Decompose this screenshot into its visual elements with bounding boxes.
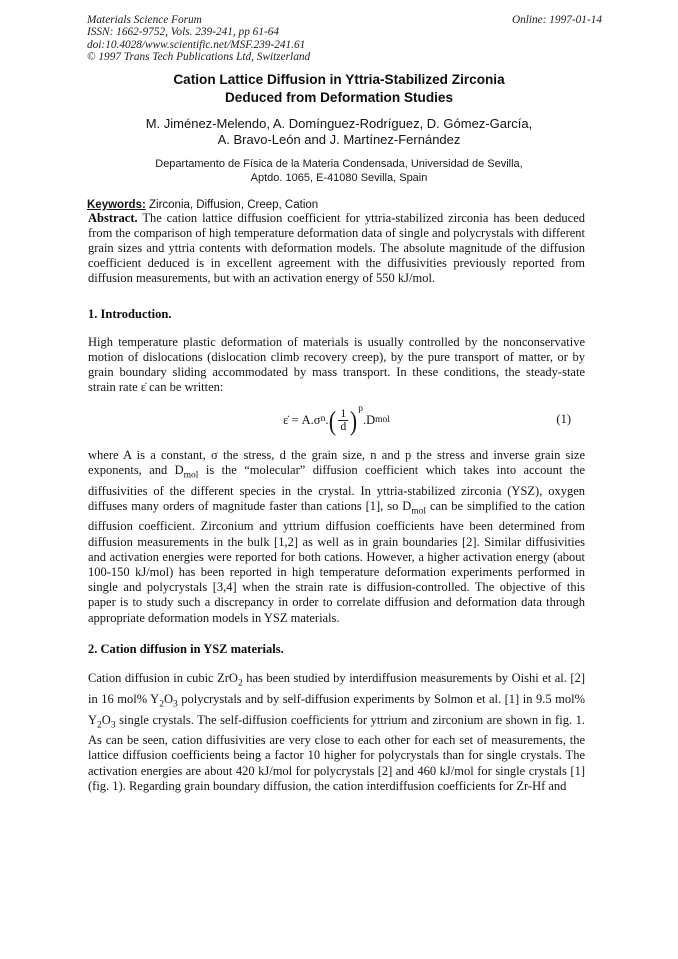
equation-exponent-n: n bbox=[321, 412, 326, 427]
equation-lhs: ε̇ = A.σ bbox=[283, 413, 320, 428]
abstract-text: The cation lattice diffusion coefficient… bbox=[88, 211, 585, 286]
paper-title: Cation Lattice Diffusion in Yttria-Stabi… bbox=[0, 71, 678, 107]
paper-page: Materials Science Forum ISSN: 1662-9752,… bbox=[0, 0, 678, 959]
online-date: Online: 1997-01-14 bbox=[512, 14, 602, 26]
equation-1: ε̇ = A.σn.(1d)p.Dmol (1) bbox=[88, 403, 585, 439]
body-column: Abstract. The cation lattice diffusion c… bbox=[88, 211, 585, 794]
equation-number: (1) bbox=[556, 412, 571, 427]
affiliation: Departamento de Física de la Materia Con… bbox=[0, 157, 678, 186]
abstract-paragraph: Abstract. The cation lattice diffusion c… bbox=[88, 211, 585, 287]
keywords-text: Zirconia, Diffusion, Creep, Cation bbox=[149, 199, 318, 211]
issn-line: ISSN: 1662-9752, Vols. 239-241, pp 61-64 bbox=[87, 26, 310, 38]
close-paren: ) bbox=[350, 407, 357, 435]
intro-paragraph-1: High temperature plastic deformation of … bbox=[88, 335, 585, 396]
page-header: Materials Science Forum ISSN: 1662-9752,… bbox=[87, 14, 602, 64]
intro-paragraph-2: where A is a constant, σ the stress, d t… bbox=[88, 448, 585, 626]
abstract-label: Abstract. bbox=[88, 211, 138, 225]
equation-fraction: 1d bbox=[338, 408, 348, 433]
fraction-numerator: 1 bbox=[340, 408, 346, 420]
affiliation-line1: Departamento de Física de la Materia Con… bbox=[0, 157, 678, 172]
open-paren: ( bbox=[329, 407, 336, 435]
equation-d-subscript: mol bbox=[375, 413, 390, 428]
journal-info: Materials Science Forum ISSN: 1662-9752,… bbox=[87, 14, 310, 64]
authors-line1: M. Jiménez-Melendo, A. Domínguez-Rodrígu… bbox=[0, 116, 678, 133]
cation-paragraph-1: Cation diffusion in cubic ZrO2 has been … bbox=[88, 671, 585, 794]
keywords-label: Keywords: bbox=[87, 199, 146, 211]
doi-line: doi:10.4028/www.scientific.net/MSF.239-2… bbox=[87, 39, 310, 51]
equation-d-term: .D bbox=[363, 413, 375, 428]
authors-line2: A. Bravo-León and J. Martínez-Fernández bbox=[0, 132, 678, 149]
equation-body: ε̇ = A.σn.(1d)p.Dmol bbox=[283, 407, 390, 435]
journal-name: Materials Science Forum bbox=[87, 14, 310, 26]
fraction-denominator: d bbox=[338, 420, 348, 433]
paper-title-line2: Deduced from Deformation Studies bbox=[0, 89, 678, 107]
copyright-line: © 1997 Trans Tech Publications Ltd, Swit… bbox=[87, 51, 310, 63]
section-heading-introduction: 1. Introduction. bbox=[88, 307, 585, 322]
affiliation-line2: Aptdo. 1065, E-41080 Sevilla, Spain bbox=[0, 171, 678, 186]
authors: M. Jiménez-Melendo, A. Domínguez-Rodrígu… bbox=[0, 116, 678, 149]
keywords-row: Keywords: Zirconia, Diffusion, Creep, Ca… bbox=[87, 199, 588, 211]
paper-title-line1: Cation Lattice Diffusion in Yttria-Stabi… bbox=[0, 71, 678, 89]
equation-exponent-p: p bbox=[358, 402, 363, 417]
section-heading-cation-diffusion: 2. Cation diffusion in YSZ materials. bbox=[88, 642, 585, 657]
